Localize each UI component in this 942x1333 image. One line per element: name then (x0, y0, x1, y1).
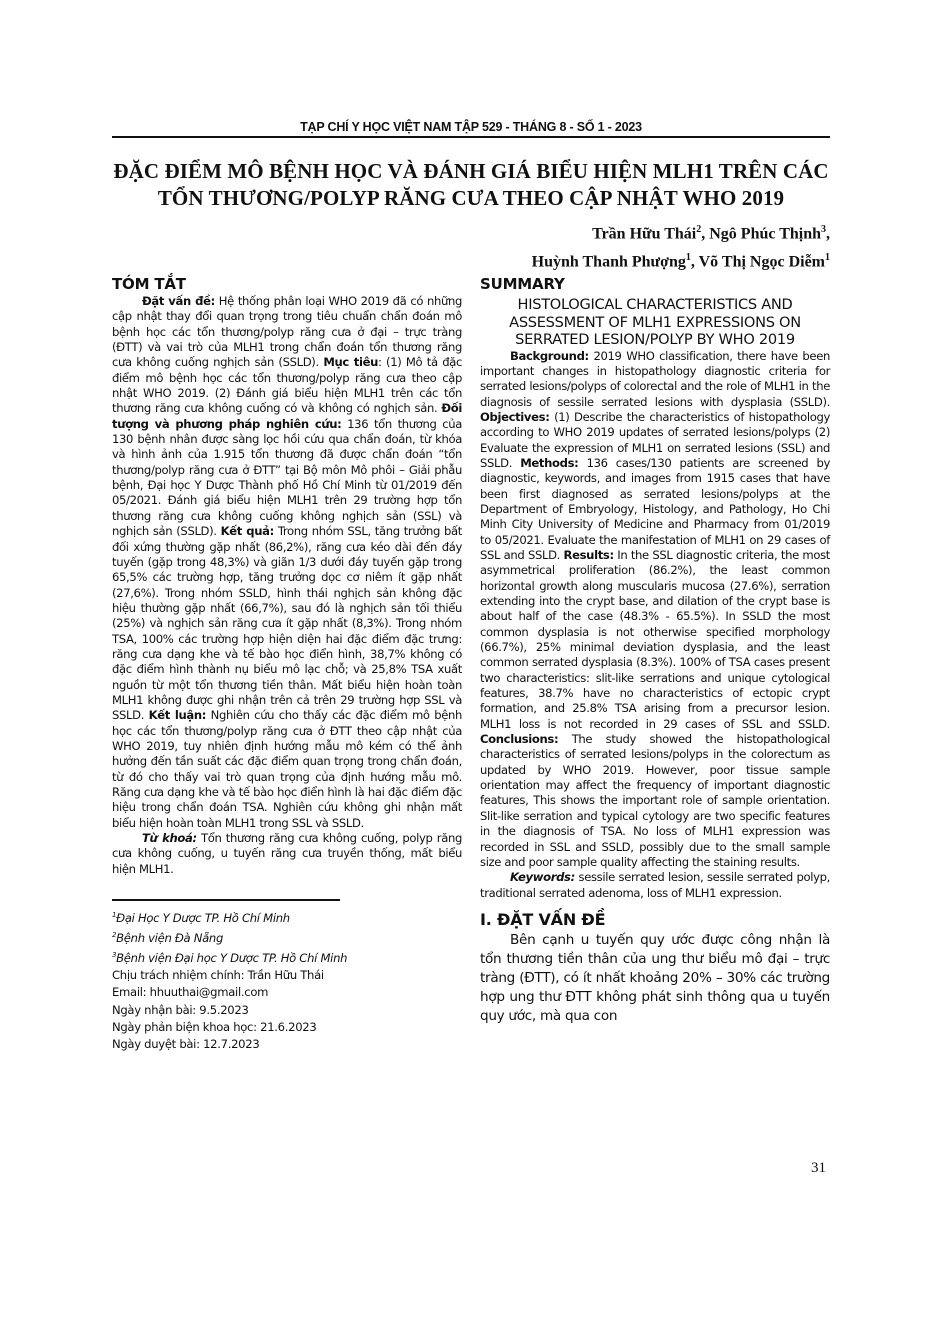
affiliation-1: 1Đại Học Y Dược TP. Hồ Chí Minh (112, 907, 462, 927)
left-column: TÓM TẮT Đặt vấn đề: Hệ thống phân loại W… (112, 274, 462, 1053)
conclusion-label: Kết luận: (149, 708, 206, 722)
accepted-date: Ngày duyệt bài: 12.7.2023 (112, 1036, 462, 1053)
results-label: Results: (564, 548, 614, 562)
affiliation-3: 3Bệnh viện Đại học Y Dược TP. Hồ Chí Min… (112, 947, 462, 967)
affiliation-2: 2Bệnh viện Đà Nẵng (112, 927, 462, 947)
conclusions-text: The study showed the histopathological c… (480, 732, 830, 869)
abstract-en-body: Background: 2019 WHO classification, the… (480, 349, 830, 871)
affiliation-text: Bệnh viện Đà Nẵng (116, 931, 223, 945)
review-date: Ngày phản biện khoa học: 21.6.2023 (112, 1019, 462, 1036)
author-name: Trần Hữu Thái (592, 225, 696, 242)
title-line-2: TỔN THƯƠNG/POLYP RĂNG CƯA THEO CẬP NHẬT … (112, 185, 830, 212)
footnote-divider (112, 899, 340, 901)
author-list: Trần Hữu Thái2, Ngô Phúc Thịnh3, Huỳnh T… (532, 218, 830, 275)
abstract-vi-body: Đặt vấn đề: Hệ thống phân loại WHO 2019 … (112, 294, 462, 831)
running-head: TẠP CHÍ Y HỌC VIỆT NAM TẬP 529 - THÁNG 8… (112, 120, 830, 138)
footnotes: 1Đại Học Y Dược TP. Hồ Chí Minh 2Bệnh vi… (112, 907, 462, 1053)
abstract-en-keywords: Keywords: sessile serrated lesion, sessi… (480, 870, 830, 901)
abstract-vi-keywords: Từ khoá: Tổn thương răng cưa không cuống… (112, 831, 462, 877)
summary-heading: SUMMARY (480, 274, 830, 294)
keywords-label: Từ khoá: (142, 831, 197, 845)
abstract-vi-heading: TÓM TẮT (112, 274, 462, 294)
methods-text: 136 cases/130 patients are screened by d… (480, 456, 830, 562)
title-line-1: ĐẶC ĐIỂM MÔ BỆNH HỌC VÀ ĐÁNH GIÁ BIỂU HI… (112, 158, 830, 185)
conclusion-text: Nghiên cứu cho thấy các đặc điểm mô bệnh… (112, 708, 462, 829)
keywords-label: Keywords: (510, 870, 575, 884)
summary-title: HISTOLOGICAL CHARACTERISTICS AND ASSESSM… (480, 296, 830, 349)
affiliation-text: Bệnh viện Đại học Y Dược TP. Hồ Chí Minh (116, 951, 347, 965)
summary-title-line-3: SERRATED LESION/POLYP BY WHO 2019 (480, 331, 830, 349)
summary-title-line-1: HISTOLOGICAL CHARACTERISTICS AND (480, 296, 830, 314)
email-line: Email: hhuuthai@gmail.com (112, 984, 462, 1001)
author-separator: , (691, 254, 699, 271)
author-separator: , (826, 225, 830, 242)
results-label: Kết quả: (221, 524, 274, 538)
results-text: In the SSL diagnostic criteria, the most… (480, 548, 830, 731)
corresponding-author: Chịu trách nhiệm chính: Trần Hữu Thái (112, 967, 462, 984)
background-label: Background: (510, 349, 589, 363)
objectives-label: Mục tiêu (323, 355, 378, 369)
affiliation-text: Đại Học Y Dược TP. Hồ Chí Minh (116, 911, 290, 925)
background-label: Đặt vấn đề: (142, 294, 215, 308)
objectives-label: Objectives: (480, 410, 550, 424)
methods-text: 136 tổn thương của 130 bệnh nhân được sà… (112, 417, 462, 538)
methods-label: Methods: (520, 456, 578, 470)
article-title: ĐẶC ĐIỂM MÔ BỆNH HỌC VÀ ĐÁNH GIÁ BIỂU HI… (112, 158, 830, 212)
author-line-1: Trần Hữu Thái2, Ngô Phúc Thịnh3, (532, 218, 830, 246)
author-name: Võ Thị Ngọc Diễm (699, 254, 825, 271)
author-affiliation-mark: 1 (825, 252, 830, 263)
page-number: 31 (811, 1160, 826, 1177)
author-name: Huỳnh Thanh Phượng (532, 254, 686, 271)
introduction-heading: I. ĐẶT VẤN ĐỀ (480, 909, 830, 931)
conclusions-label: Conclusions: (480, 732, 558, 746)
summary-title-line-2: ASSESSMENT OF MLH1 EXPRESSIONS ON (480, 314, 830, 332)
results-text: Trong nhóm SSL, tăng trưởng bất đối xứng… (112, 524, 462, 722)
author-line-2: Huỳnh Thanh Phượng1, Võ Thị Ngọc Diễm1 (532, 246, 830, 274)
author-name: Ngô Phúc Thịnh (709, 225, 821, 242)
received-date: Ngày nhận bài: 9.5.2023 (112, 1002, 462, 1019)
introduction-body: Bên cạnh u tuyến quy ước được công nhận … (480, 931, 830, 1026)
right-column: SUMMARY HISTOLOGICAL CHARACTERISTICS AND… (480, 274, 830, 1026)
